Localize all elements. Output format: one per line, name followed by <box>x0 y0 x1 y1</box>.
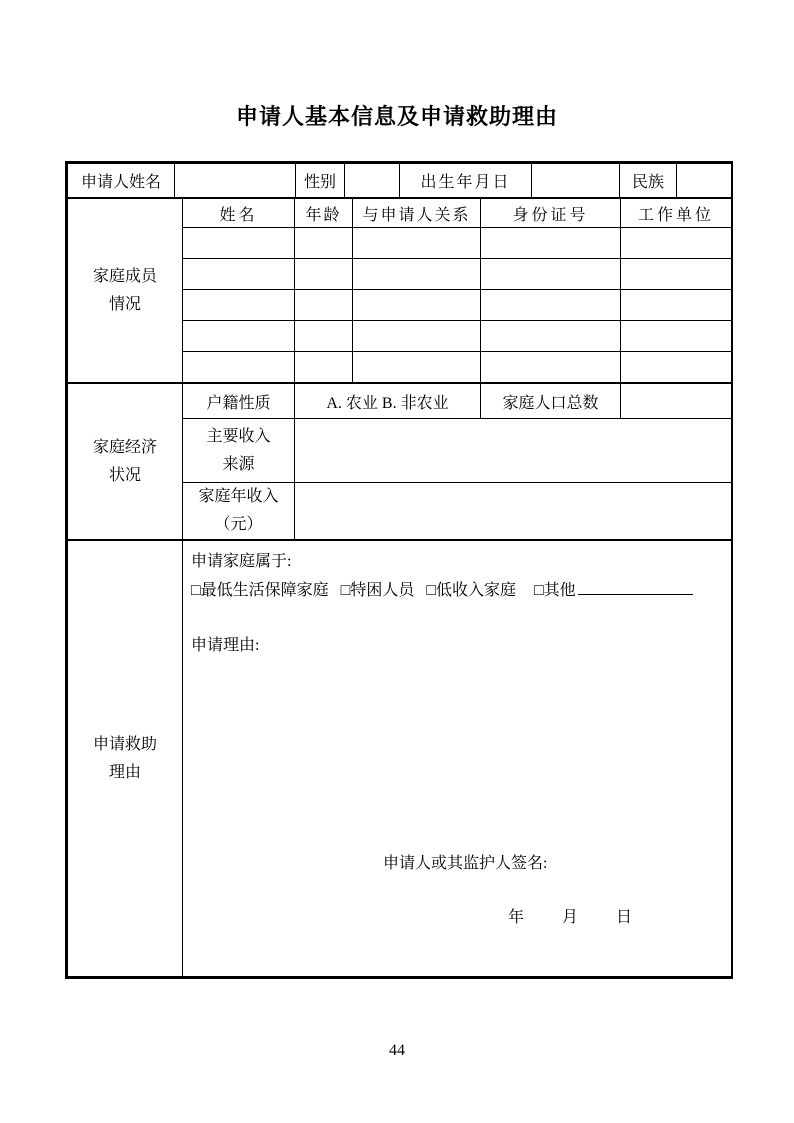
signature-label: 申请人或其监护人签名: <box>383 850 731 879</box>
economic-status-section: 家庭经济 状况 户籍性质 A. 农业 B. 非农业 家庭人口总数 主要收入 来源… <box>67 383 732 540</box>
family-member-cell[interactable] <box>295 290 353 321</box>
family-member-cell[interactable] <box>183 228 295 259</box>
date-label: 年 月 日 <box>508 904 731 933</box>
checkbox-option-other[interactable]: □其他 <box>534 582 576 599</box>
other-blank-line[interactable] <box>578 579 693 595</box>
applicant-name-value-cell[interactable] <box>175 164 296 198</box>
checkbox-option-dibao[interactable]: □最低生活保障家庭 <box>191 582 329 599</box>
family-member-cell[interactable] <box>481 290 621 321</box>
applicant-info-row: 申请人姓名 性别 出生年月日 民族 <box>67 163 732 198</box>
gender-value-cell[interactable] <box>345 164 400 198</box>
family-members-section: 家庭成员 情况 姓名 年龄 与申请人关系 身份证号 工作单位 <box>67 198 732 383</box>
applicant-name-label: 申请人姓名 <box>68 164 175 198</box>
family-member-cell[interactable] <box>621 228 732 259</box>
application-reason-content: 申请家庭属于: □最低生活保障家庭 □特困人员 □低收入家庭 □其他 申请理由:… <box>183 541 732 977</box>
family-members-section-label: 家庭成员 情况 <box>68 199 183 383</box>
family-header-age: 年龄 <box>295 199 353 228</box>
ethnicity-label: 民族 <box>620 164 677 198</box>
family-header-id-number: 身份证号 <box>481 199 621 228</box>
family-member-cell[interactable] <box>295 321 353 352</box>
family-member-cell[interactable] <box>481 259 621 290</box>
hukou-type-options[interactable]: A. 农业 B. 非农业 <box>295 384 481 419</box>
family-member-cell[interactable] <box>295 228 353 259</box>
household-population-label: 家庭人口总数 <box>481 384 621 419</box>
family-type-label: 申请家庭属于: <box>191 548 731 577</box>
family-member-cell[interactable] <box>353 290 481 321</box>
family-member-cell[interactable] <box>183 259 295 290</box>
application-form-table: 申请人姓名 性别 出生年月日 民族 家庭成员 情况 姓名 年龄 与申请人关系 <box>65 161 733 979</box>
family-member-cell[interactable] <box>621 352 732 383</box>
page-number: 44 <box>0 1042 794 1060</box>
hukou-type-label: 户籍性质 <box>183 384 295 419</box>
family-member-cell[interactable] <box>353 352 481 383</box>
page-title: 申请人基本信息及申请救助理由 <box>0 100 794 131</box>
family-member-cell[interactable] <box>183 352 295 383</box>
family-member-cell[interactable] <box>353 321 481 352</box>
family-member-cell[interactable] <box>481 321 621 352</box>
family-member-cell[interactable] <box>481 352 621 383</box>
checkbox-option-tekun[interactable]: □特困人员 <box>341 582 415 599</box>
checkbox-option-low-income[interactable]: □低收入家庭 <box>426 582 516 599</box>
family-member-cell[interactable] <box>353 259 481 290</box>
income-source-value-cell[interactable] <box>295 419 732 483</box>
family-member-cell[interactable] <box>295 352 353 383</box>
birth-date-value-cell[interactable] <box>532 164 620 198</box>
economic-status-section-label: 家庭经济 状况 <box>68 384 183 540</box>
reason-label: 申请理由: <box>191 632 731 661</box>
family-member-cell[interactable] <box>621 290 732 321</box>
income-source-label: 主要收入 来源 <box>183 419 295 483</box>
family-member-cell[interactable] <box>183 321 295 352</box>
birth-date-label: 出生年月日 <box>400 164 532 198</box>
family-header-name: 姓名 <box>183 199 295 228</box>
family-member-cell[interactable] <box>353 228 481 259</box>
document-page: 申请人基本信息及申请救助理由 申请人姓名 性别 出生年月日 民族 <box>0 0 794 1123</box>
family-header-relation: 与申请人关系 <box>353 199 481 228</box>
family-member-cell[interactable] <box>621 321 732 352</box>
ethnicity-value-cell[interactable] <box>677 164 732 198</box>
gender-label: 性别 <box>296 164 345 198</box>
family-member-cell[interactable] <box>621 259 732 290</box>
family-header-employer: 工作单位 <box>621 199 732 228</box>
household-population-value-cell[interactable] <box>621 384 732 419</box>
application-reason-section: 申请救助 理由 申请家庭属于: □最低生活保障家庭 □特困人员 □低收入家庭 □… <box>67 540 732 977</box>
family-type-options: □最低生活保障家庭 □特困人员 □低收入家庭 □其他 <box>191 577 731 606</box>
annual-income-value-cell[interactable] <box>295 483 732 540</box>
family-member-cell[interactable] <box>183 290 295 321</box>
family-member-cell[interactable] <box>295 259 353 290</box>
family-member-cell[interactable] <box>481 228 621 259</box>
application-reason-section-label: 申请救助 理由 <box>68 541 183 977</box>
annual-income-label: 家庭年收入 （元） <box>183 483 295 540</box>
